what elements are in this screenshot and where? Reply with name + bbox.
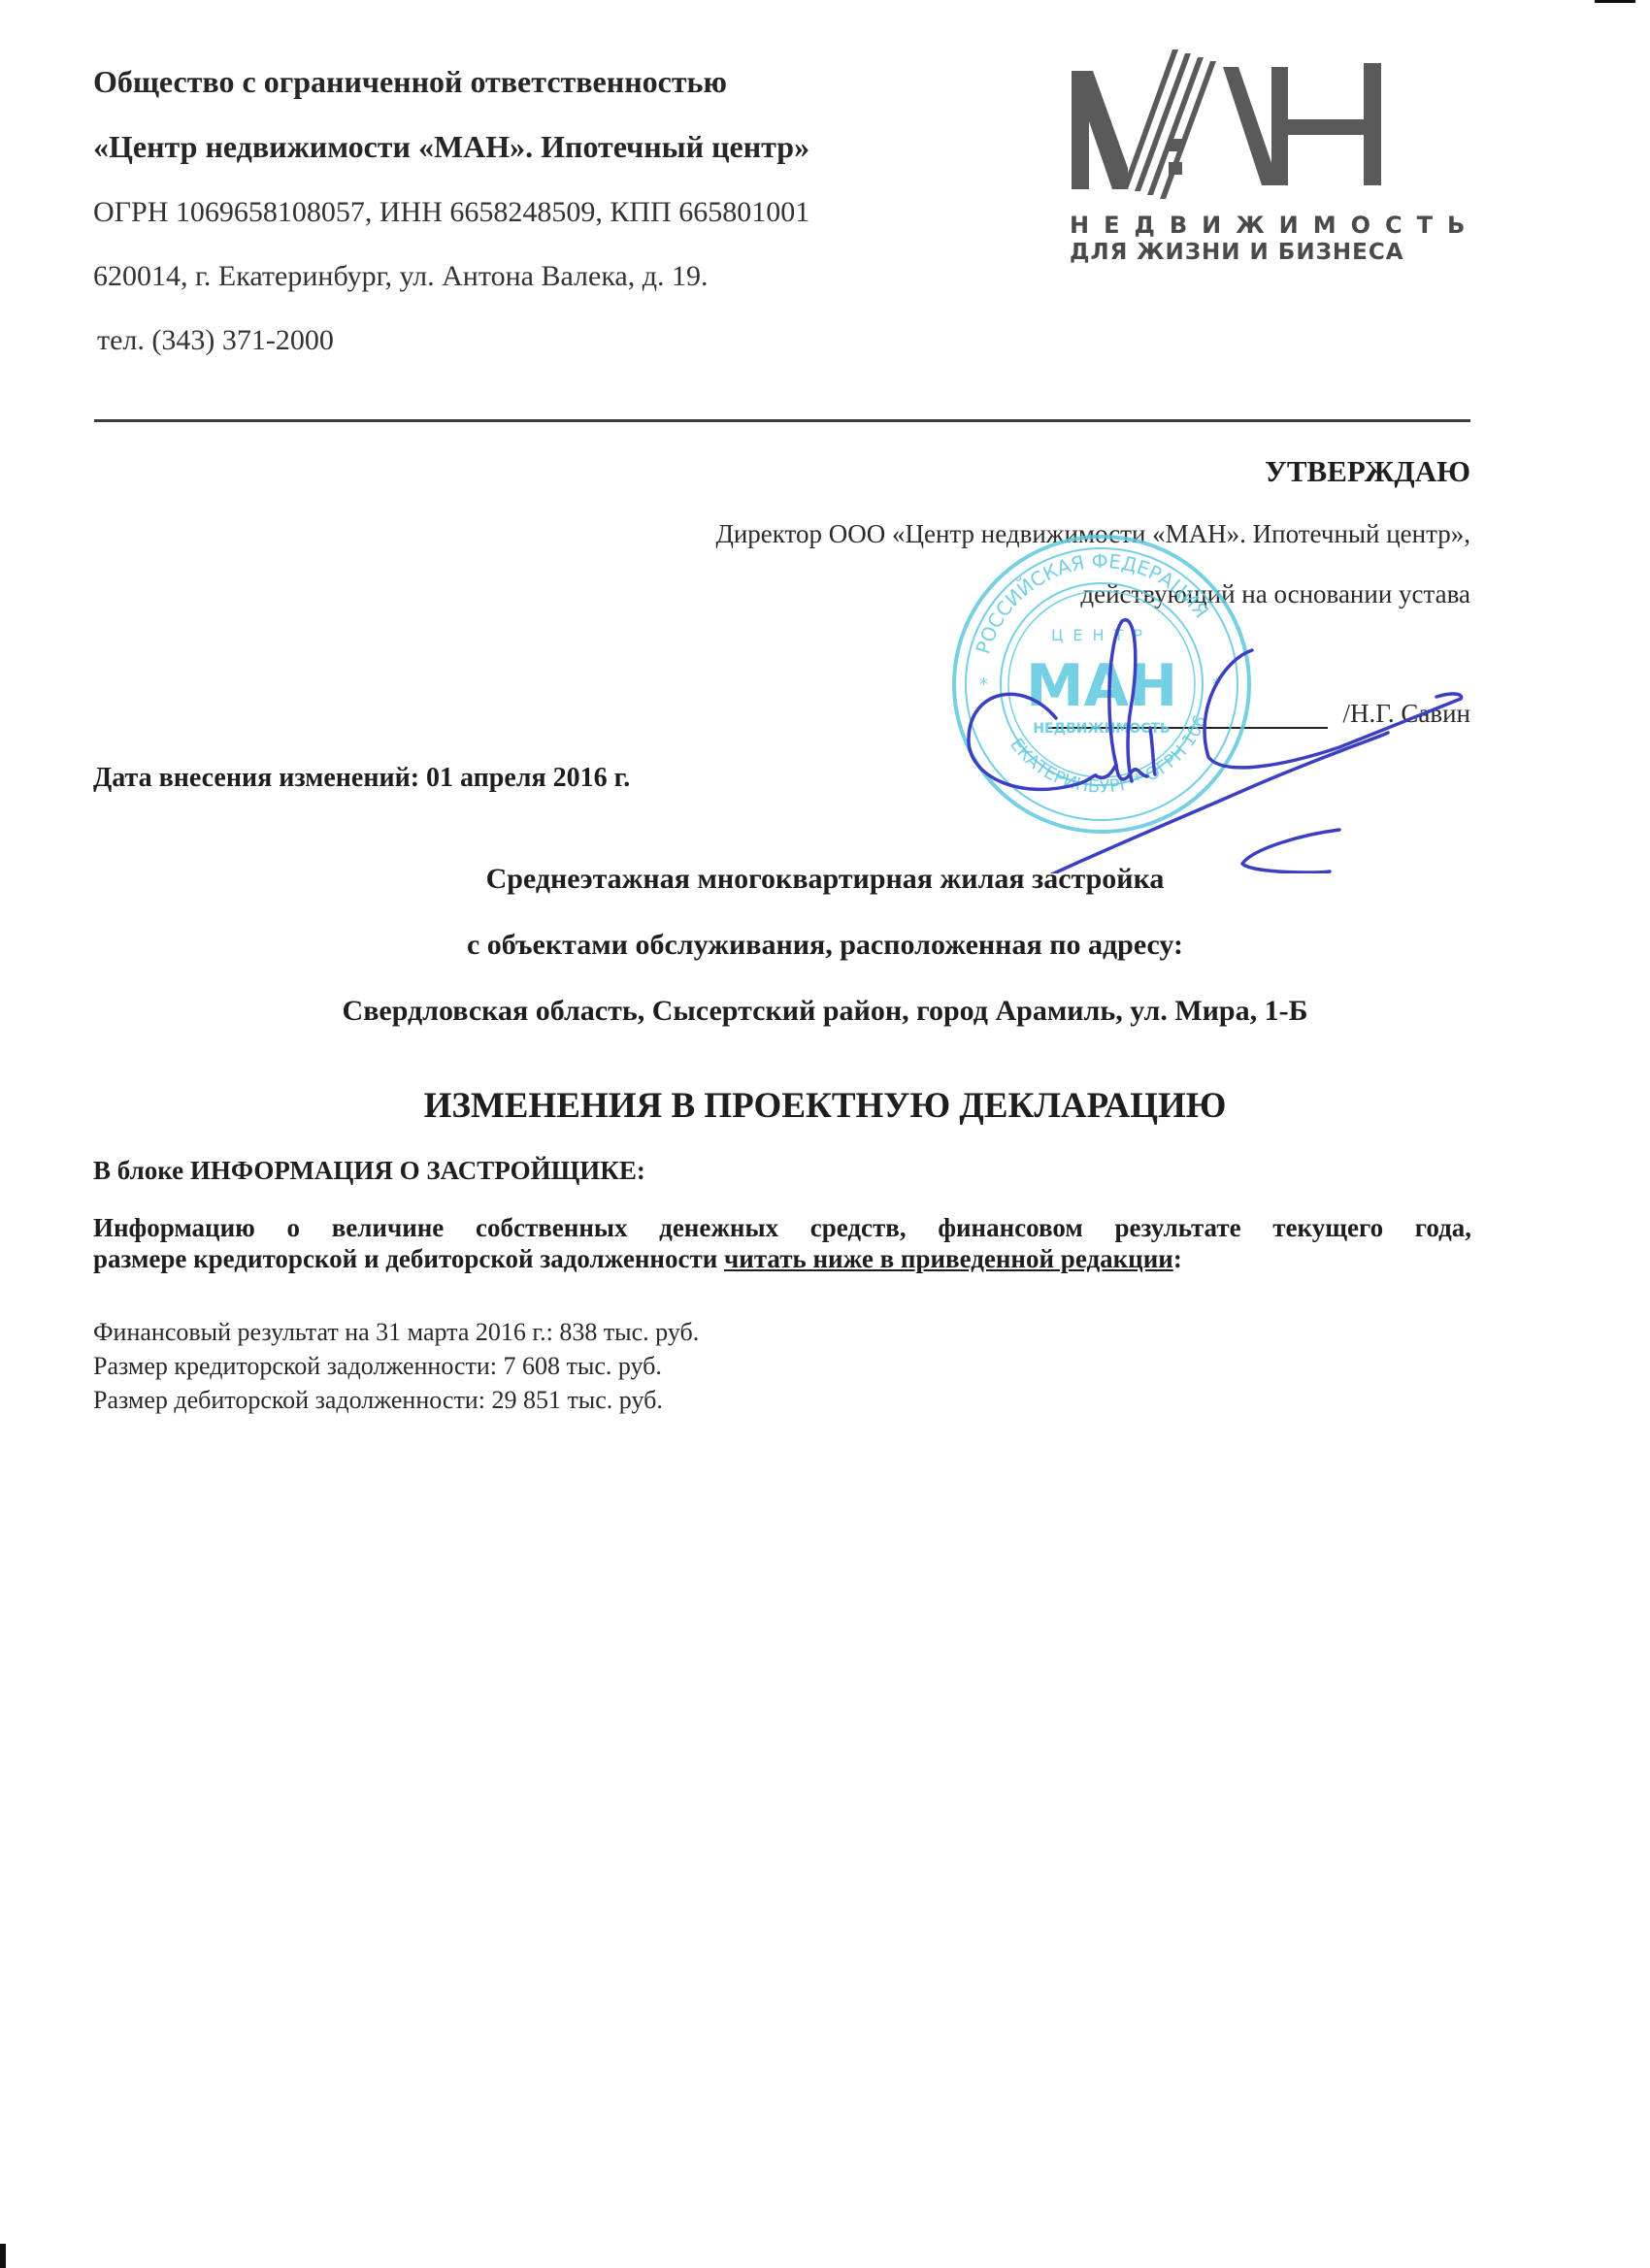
svg-text:*: *	[979, 674, 988, 695]
paragraph-underlined: читать ниже в приведенной редакции	[724, 1244, 1173, 1273]
org-registration: ОГРН 1069658108057, ИНН 6658248509, КПП …	[93, 196, 809, 229]
section-paragraph-line2: размере кредиторской и дебиторской задол…	[93, 1244, 1182, 1274]
approval-title: УТВЕРЖДАЮ	[1265, 454, 1470, 489]
paragraph-text-part2: размере кредиторской и дебиторской задол…	[93, 1244, 724, 1273]
org-phone: тел. (343) 371-2000	[97, 324, 334, 357]
logo-tagline-line1: НЕДВИЖИМОСТЬ	[1070, 212, 1479, 239]
approval-basis: действующий на основании устава	[1080, 579, 1470, 609]
subject-line1: Среднеэтажная многоквартирная жилая заст…	[0, 863, 1650, 896]
financial-result: Финансовый результат на 31 марта 2016 г.…	[93, 1318, 699, 1347]
header-divider	[94, 419, 1470, 422]
approval-signatory: /Н.Г. Савин	[1343, 699, 1470, 729]
scan-artifact-bottom-left	[0, 2244, 6, 2268]
scan-artifact-top-right	[1595, 0, 1635, 3]
signature-line	[1048, 727, 1328, 729]
subject-line2: с объектами обслуживания, расположенная …	[0, 929, 1650, 962]
date-of-changes: Дата внесения изменений: 01 апреля 2016 …	[93, 763, 630, 794]
accounts-payable: Размер кредиторской задолженности: 7 608…	[93, 1352, 662, 1381]
org-address: 620014, г. Екатеринбург, ул. Антона Вале…	[93, 260, 709, 293]
section-paragraph-line1: Информацию о величине собственных денежн…	[93, 1211, 1471, 1244]
org-name-line1: Общество с ограниченной ответственностью	[93, 64, 727, 100]
svg-text:МАН: МАН	[1026, 652, 1177, 720]
approval-position: Директор ООО «Центр недвижимости «МАН». …	[715, 519, 1470, 549]
document-title: ИЗМЕНЕНИЯ В ПРОЕКТНУЮ ДЕКЛАРАЦИЮ	[0, 1085, 1650, 1127]
paragraph-end: :	[1173, 1244, 1182, 1273]
svg-text:НЕДВИЖИМОСТЬ: НЕДВИЖИМОСТЬ	[1033, 721, 1170, 737]
section-label: В блоке ИНФОРМАЦИЯ О ЗАСТРОЙЩИКЕ:	[93, 1156, 645, 1186]
paragraph-text-part1: Информацию о величине собственных денежн…	[93, 1211, 1471, 1244]
logo-tagline-line2: ДЛЯ ЖИЗНИ И БИЗНЕСА	[1070, 240, 1404, 265]
svg-text:*: *	[1212, 674, 1221, 695]
subject-address: Свердловская область, Сысертский район, …	[0, 995, 1650, 1028]
accounts-receivable: Размер дебиторской задолженности: 29 851…	[93, 1386, 663, 1415]
company-stamp-icon: РОССИЙСКАЯ ФЕДЕРАЦИЯ ЕКАТЕРИНБУРГ * ОГРН…	[946, 529, 1257, 839]
svg-text:ЦЕНТР: ЦЕНТР	[1051, 626, 1152, 644]
svg-text:ЕКАТЕРИНБУРГ * ОГРН 1069658108: ЕКАТЕРИНБУРГ * ОГРН 1069658108057	[946, 529, 1211, 798]
org-name-line2: «Центр недвижимости «МАН». Ипотечный цен…	[93, 129, 809, 165]
